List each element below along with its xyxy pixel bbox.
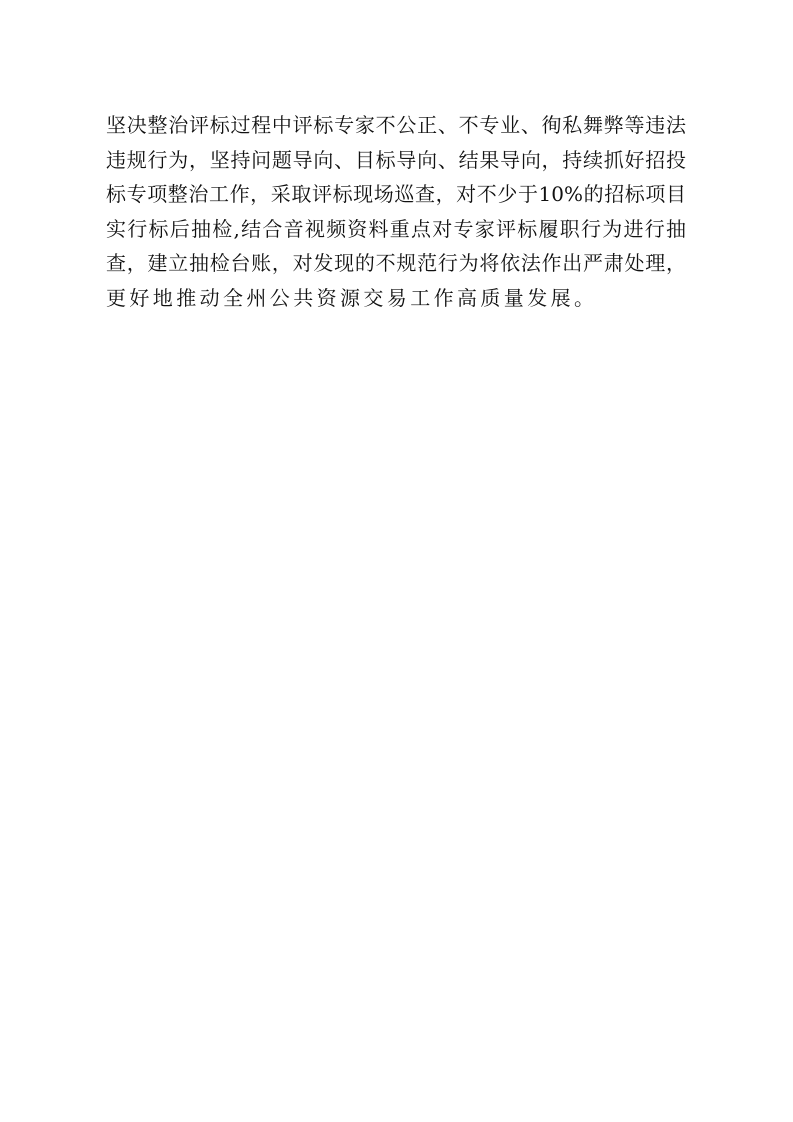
document-page: 坚决整治评标过程中评标专家不公正、不专业、徇私舞弊等违法 违规行为，坚持问题导向… xyxy=(0,0,793,1122)
paragraph-line-6: 更好地推动全州公共资源交易工作高质量发展。 xyxy=(106,281,686,316)
paragraph-line-4: 实行标后抽检,结合音视频资料重点对专家评标履职行为进行抽 xyxy=(106,212,686,247)
paragraph-line-2: 违规行为，坚持问题导向、目标导向、结果导向，持续抓好招投 xyxy=(106,143,686,178)
paragraph-line-1: 坚决整治评标过程中评标专家不公正、不专业、徇私舞弊等违法 xyxy=(106,108,686,143)
paragraph-line-3: 标专项整治工作，采取评标现场巡查，对不少于10%的招标项目 xyxy=(106,177,686,212)
body-paragraph: 坚决整治评标过程中评标专家不公正、不专业、徇私舞弊等违法 违规行为，坚持问题导向… xyxy=(106,108,690,316)
paragraph-line-5: 查，建立抽检台账，对发现的不规范行为将依法作出严肃处理， xyxy=(106,246,686,281)
